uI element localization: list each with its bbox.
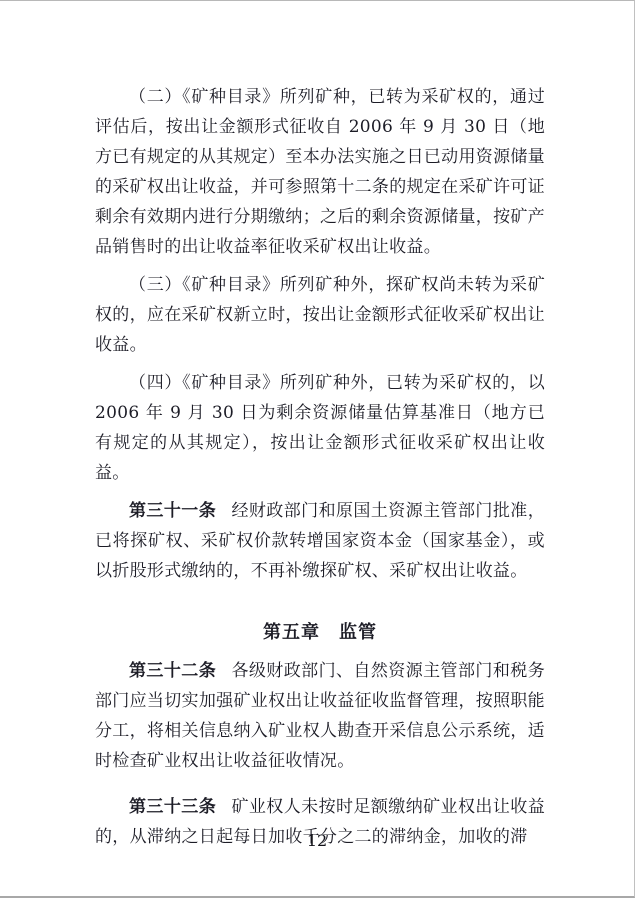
article-32-label: 第三十二条	[129, 661, 216, 681]
paragraph-item-2: （二）《矿种目录》所列矿种，已转为采矿权的，通过评估后，按出让金额形式征收自 2…	[95, 82, 545, 262]
paragraph-item-3-text: （三）《矿种目录》所列矿种外，探矿权尚未转为采矿权的，应在采矿权新立时，按出让金…	[95, 275, 545, 355]
paragraph-article-31: 第三十一条经财政部门和原国土资源主管部门批准，已将探矿权、采矿权价款转增国家资本…	[95, 496, 545, 586]
document-page: （二）《矿种目录》所列矿种，已转为采矿权的，通过评估后，按出让金额形式征收自 2…	[0, 0, 635, 898]
article-31-label: 第三十一条	[129, 501, 216, 521]
page-number: 12	[0, 831, 634, 851]
chapter-5-heading: 第五章 监管	[95, 618, 545, 648]
document-text-block: （二）《矿种目录》所列矿种，已转为采矿权的，通过评估后，按出让金额形式征收自 2…	[95, 82, 545, 852]
paragraph-item-2-text: （二）《矿种目录》所列矿种，已转为采矿权的，通过评估后，按出让金额形式征收自 2…	[95, 87, 545, 257]
paragraph-article-32: 第三十二条各级财政部门、自然资源主管部门和税务部门应当切实加强矿业权出让收益征收…	[95, 656, 545, 776]
paragraph-item-4-text: （四）《矿种目录》所列矿种外，已转为采矿权的，以 2006 年 9 月 30 日…	[95, 373, 545, 483]
paragraph-item-3: （三）《矿种目录》所列矿种外，探矿权尚未转为采矿权的，应在采矿权新立时，按出让金…	[95, 270, 545, 360]
article-33-label: 第三十三条	[129, 797, 216, 817]
paragraph-item-4: （四）《矿种目录》所列矿种外，已转为采矿权的，以 2006 年 9 月 30 日…	[95, 368, 545, 488]
